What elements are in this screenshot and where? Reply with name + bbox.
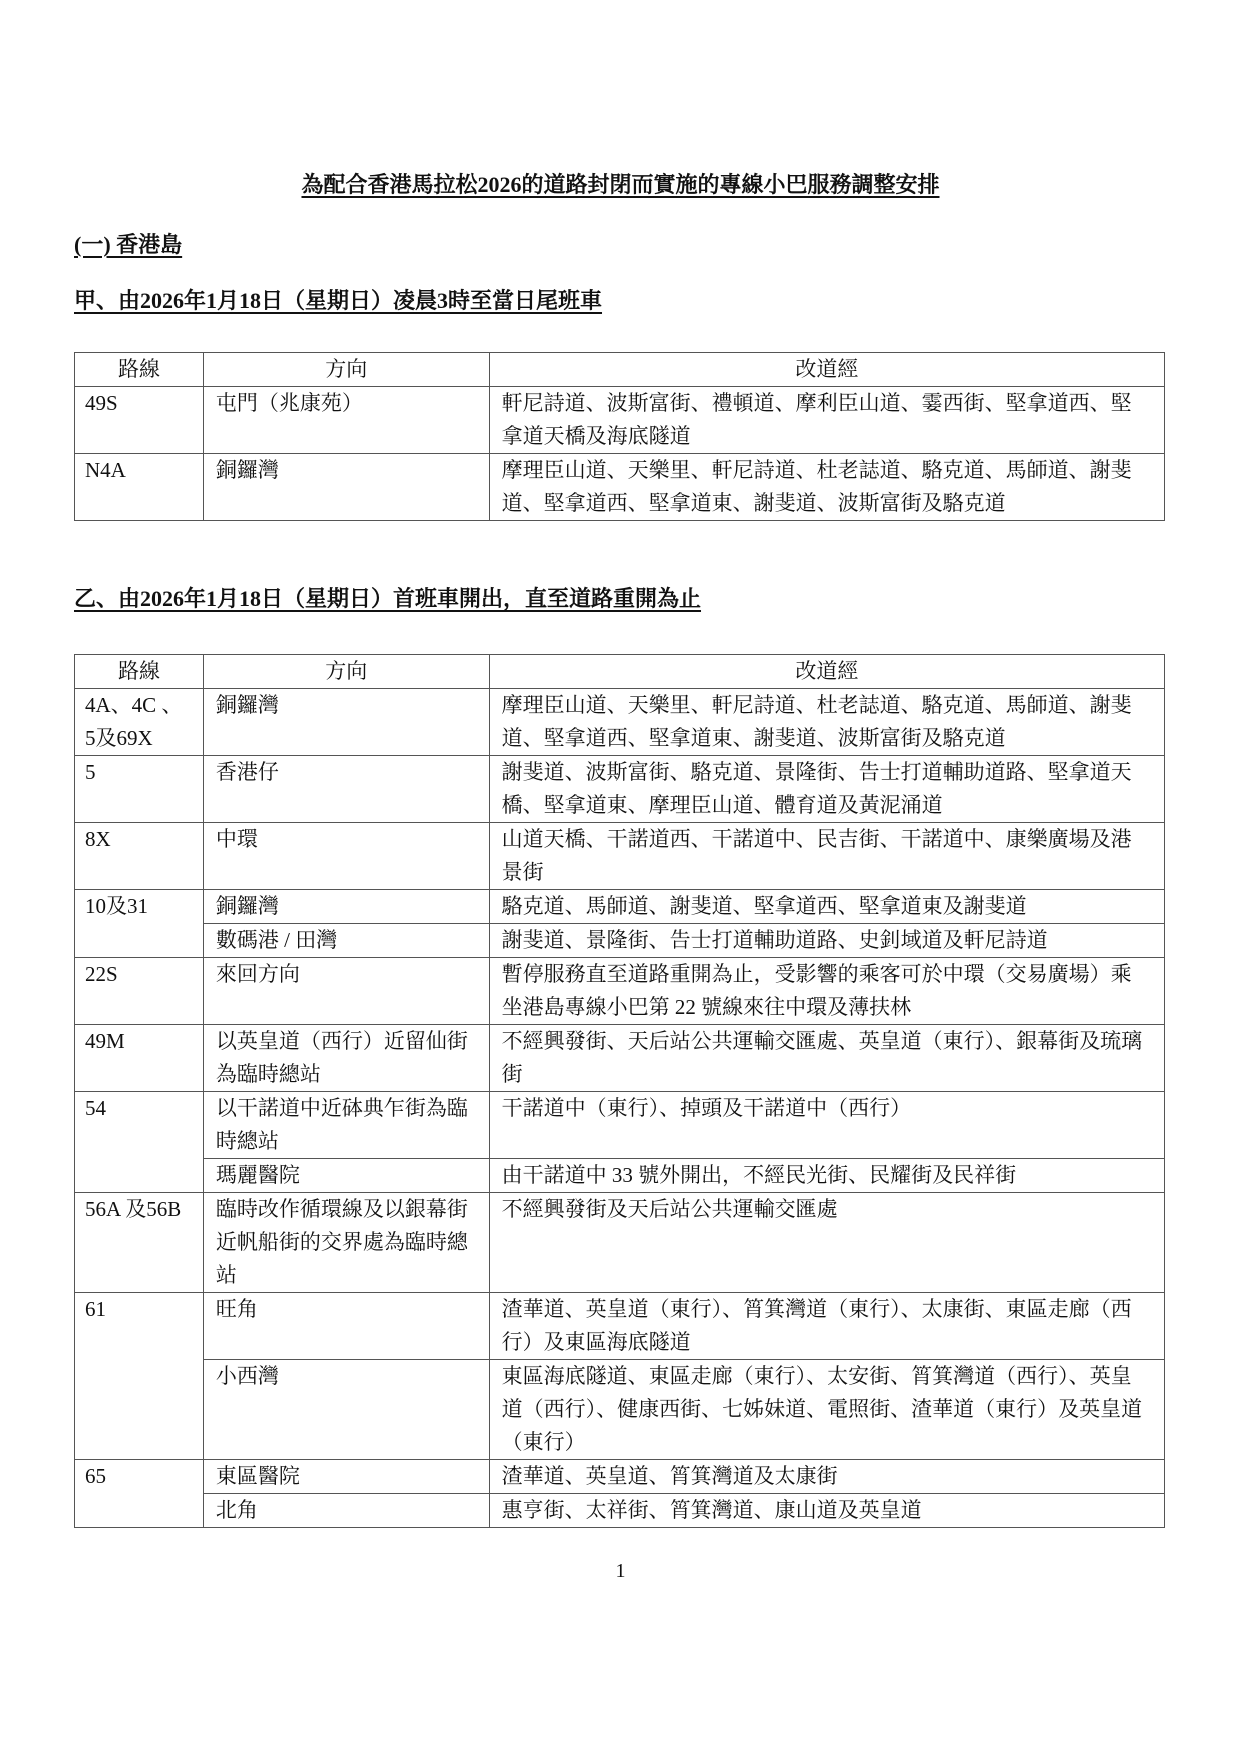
diversion-cell: 軒尼詩道、波斯富街、禮頓道、摩利臣山道、霎西街、堅拿道西、堅拿道天橋及海底隧道: [489, 387, 1164, 454]
route-cell: 61: [75, 1293, 204, 1460]
direction-cell: 東區醫院: [203, 1460, 489, 1494]
page-number: 1: [0, 1560, 1241, 1583]
direction-cell: 臨時改作循環線及以銀幕街近帆船街的交界處為臨時總站: [203, 1193, 489, 1293]
diversion-cell: 駱克道、馬師道、謝斐道、堅拿道西、堅拿道東及謝斐道: [489, 890, 1164, 924]
table-header-row: 路線 方向 改道經: [75, 655, 1165, 689]
direction-cell: 銅鑼灣: [203, 689, 489, 756]
part-b-table: 路線 方向 改道經 4A、4C 、5及69X銅鑼灣摩理臣山道、天樂里、軒尼詩道、…: [74, 654, 1165, 1528]
part-a-heading: 甲、由2026年1月18日（星期日）凌晨3時至當日尾班車: [74, 284, 602, 315]
direction-cell: 來回方向: [203, 958, 489, 1025]
table-row: 8X中環山道天橋、干諾道西、干諾道中、民吉街、干諾道中、康樂廣場及港景街: [75, 823, 1165, 890]
table-row: 瑪麗醫院由干諾道中 33 號外開出，不經民光街、民耀街及民祥街: [75, 1159, 1165, 1193]
route-cell: 54: [75, 1092, 204, 1193]
diversion-cell: 干諾道中（東行）、掉頭及干諾道中（西行）: [489, 1092, 1164, 1159]
table-row: 49S屯門（兆康苑）軒尼詩道、波斯富街、禮頓道、摩利臣山道、霎西街、堅拿道西、堅…: [75, 387, 1165, 454]
route-cell: N4A: [75, 454, 204, 521]
direction-cell: 數碼港 / 田灣: [203, 924, 489, 958]
diversion-cell: 摩理臣山道、天樂里、軒尼詩道、杜老誌道、駱克道、馬師道、謝斐道、堅拿道西、堅拿道…: [489, 454, 1164, 521]
diversion-cell: 惠亨街、太祥街、筲箕灣道、康山道及英皇道: [489, 1494, 1164, 1528]
header-route: 路線: [75, 353, 204, 387]
route-cell: 49S: [75, 387, 204, 454]
route-cell: 4A、4C 、5及69X: [75, 689, 204, 756]
table-row: 數碼港 / 田灣謝斐道、景隆街、告士打道輔助道路、史釗域道及軒尼詩道: [75, 924, 1165, 958]
route-cell: 10及31: [75, 890, 204, 958]
table-row: 49M以英皇道（西行）近留仙街為臨時總站不經興發街、天后站公共運輸交匯處、英皇道…: [75, 1025, 1165, 1092]
route-cell: 8X: [75, 823, 204, 890]
direction-cell: 北角: [203, 1494, 489, 1528]
direction-cell: 以英皇道（西行）近留仙街為臨時總站: [203, 1025, 489, 1092]
direction-cell: 瑪麗醫院: [203, 1159, 489, 1193]
direction-cell: 銅鑼灣: [203, 890, 489, 924]
table-row: N4A銅鑼灣摩理臣山道、天樂里、軒尼詩道、杜老誌道、駱克道、馬師道、謝斐道、堅拿…: [75, 454, 1165, 521]
direction-cell: 香港仔: [203, 756, 489, 823]
diversion-cell: 山道天橋、干諾道西、干諾道中、民吉街、干諾道中、康樂廣場及港景街: [489, 823, 1164, 890]
table-row: 56A 及56B臨時改作循環線及以銀幕街近帆船街的交界處為臨時總站不經興發街及天…: [75, 1193, 1165, 1293]
document-title: 為配合香港馬拉松2026的道路封閉而實施的專線小巴服務調整安排: [0, 168, 1241, 199]
route-cell: 65: [75, 1460, 204, 1528]
diversion-cell: 東區海底隧道、東區走廊（東行）、太安街、筲箕灣道（西行）、英皇道（西行）、健康西…: [489, 1360, 1164, 1460]
diversion-cell: 不經興發街及天后站公共運輸交匯處: [489, 1193, 1164, 1293]
direction-cell: 小西灣: [203, 1360, 489, 1460]
diversion-cell: 暫停服務直至道路重開為止，受影響的乘客可於中環（交易廣場）乘坐港島專線小巴第 2…: [489, 958, 1164, 1025]
header-direction: 方向: [203, 655, 489, 689]
header-diversion: 改道經: [489, 655, 1164, 689]
table-row: 5香港仔謝斐道、波斯富街、駱克道、景隆街、告士打道輔助道路、堅拿道天橋、堅拿道東…: [75, 756, 1165, 823]
direction-cell: 以干諾道中近砵典乍街為臨時總站: [203, 1092, 489, 1159]
table-row: 北角惠亨街、太祥街、筲箕灣道、康山道及英皇道: [75, 1494, 1165, 1528]
route-cell: 56A 及56B: [75, 1193, 204, 1293]
route-cell: 22S: [75, 958, 204, 1025]
diversion-cell: 謝斐道、景隆街、告士打道輔助道路、史釗域道及軒尼詩道: [489, 924, 1164, 958]
header-diversion: 改道經: [489, 353, 1164, 387]
section-heading: (一) 香港島: [74, 228, 182, 259]
header-route: 路線: [75, 655, 204, 689]
diversion-cell: 謝斐道、波斯富街、駱克道、景隆街、告士打道輔助道路、堅拿道天橋、堅拿道東、摩理臣…: [489, 756, 1164, 823]
direction-cell: 屯門（兆康苑）: [203, 387, 489, 454]
diversion-cell: 由干諾道中 33 號外開出，不經民光街、民耀街及民祥街: [489, 1159, 1164, 1193]
table-row: 10及31銅鑼灣駱克道、馬師道、謝斐道、堅拿道西、堅拿道東及謝斐道: [75, 890, 1165, 924]
table-header-row: 路線 方向 改道經: [75, 353, 1165, 387]
part-a-table: 路線 方向 改道經 49S屯門（兆康苑）軒尼詩道、波斯富街、禮頓道、摩利臣山道、…: [74, 352, 1165, 521]
table-row: 22S來回方向暫停服務直至道路重開為止，受影響的乘客可於中環（交易廣場）乘坐港島…: [75, 958, 1165, 1025]
direction-cell: 銅鑼灣: [203, 454, 489, 521]
direction-cell: 旺角: [203, 1293, 489, 1360]
header-direction: 方向: [203, 353, 489, 387]
part-b-heading: 乙、由2026年1月18日（星期日）首班車開出，直至道路重開為止: [74, 582, 701, 613]
table-row: 4A、4C 、5及69X銅鑼灣摩理臣山道、天樂里、軒尼詩道、杜老誌道、駱克道、馬…: [75, 689, 1165, 756]
table-row: 61旺角渣華道、英皇道（東行）、筲箕灣道（東行）、太康街、東區走廊（西行）及東區…: [75, 1293, 1165, 1360]
direction-cell: 中環: [203, 823, 489, 890]
table-row: 65東區醫院渣華道、英皇道、筲箕灣道及太康街: [75, 1460, 1165, 1494]
table-row: 小西灣東區海底隧道、東區走廊（東行）、太安街、筲箕灣道（西行）、英皇道（西行）、…: [75, 1360, 1165, 1460]
route-cell: 49M: [75, 1025, 204, 1092]
diversion-cell: 渣華道、英皇道（東行）、筲箕灣道（東行）、太康街、東區走廊（西行）及東區海底隧道: [489, 1293, 1164, 1360]
diversion-cell: 渣華道、英皇道、筲箕灣道及太康街: [489, 1460, 1164, 1494]
route-cell: 5: [75, 756, 204, 823]
table-row: 54以干諾道中近砵典乍街為臨時總站干諾道中（東行）、掉頭及干諾道中（西行）: [75, 1092, 1165, 1159]
diversion-cell: 不經興發街、天后站公共運輸交匯處、英皇道（東行）、銀幕街及琉璃街: [489, 1025, 1164, 1092]
diversion-cell: 摩理臣山道、天樂里、軒尼詩道、杜老誌道、駱克道、馬師道、謝斐道、堅拿道西、堅拿道…: [489, 689, 1164, 756]
